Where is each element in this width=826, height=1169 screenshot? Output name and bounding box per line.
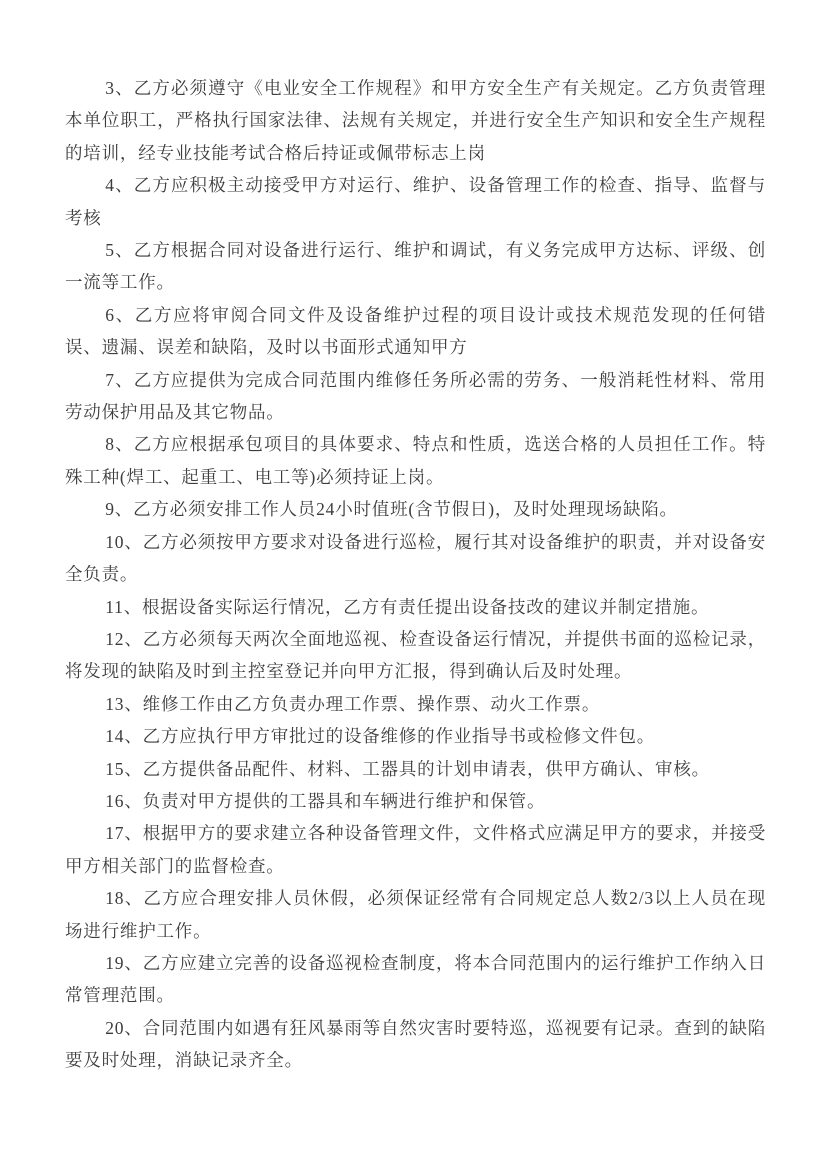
clause-paragraph-5: 5、乙方根据合同对设备进行运行、维护和调试，有义务完成甲方达标、评级、创一流等工…	[65, 234, 766, 299]
clause-paragraph-19: 19、乙方应建立完善的设备巡视检查制度，将本合同范围内的运行维护工作纳入日常管理…	[65, 947, 766, 1012]
clause-paragraph-14: 14、乙方应执行甲方审批过的设备维修的作业指导书或检修文件包。	[65, 720, 766, 752]
clause-paragraph-16: 16、负责对甲方提供的工器具和车辆进行维护和保管。	[65, 785, 766, 817]
clause-paragraph-8: 8、乙方应根据承包项目的具体要求、特点和性质，选送合格的人员担任工作。特殊工种(…	[65, 428, 766, 493]
clause-paragraph-13: 13、维修工作由乙方负责办理工作票、操作票、动火工作票。	[65, 688, 766, 720]
clause-paragraph-9: 9、乙方必须安排工作人员24小时值班(含节假日)，及时处理现场缺陷。	[65, 493, 766, 525]
clause-paragraph-17: 17、根据甲方的要求建立各种设备管理文件，文件格式应满足甲方的要求，并接受甲方相…	[65, 817, 766, 882]
clause-paragraph-6: 6、乙方应将审阅合同文件及设备维护过程的项目设计或技术规范发现的任何错误、遗漏、…	[65, 299, 766, 364]
clause-paragraph-18: 18、乙方应合理安排人员休假，必须保证经常有合同规定总人数2/3以上人员在现场进…	[65, 882, 766, 947]
document-page: 3、乙方必须遵守《电业安全工作规程》和甲方安全生产有关规定。乙方负责管理本单位职…	[0, 0, 826, 1169]
clause-paragraph-11: 11、根据设备实际运行情况，乙方有责任提出设备技改的建议并制定措施。	[65, 591, 766, 623]
clause-paragraph-3: 3、乙方必须遵守《电业安全工作规程》和甲方安全生产有关规定。乙方负责管理本单位职…	[65, 72, 766, 169]
clause-paragraph-4: 4、乙方应积极主动接受甲方对运行、维护、设备管理工作的检查、指导、监督与考核	[65, 169, 766, 234]
clause-paragraph-20: 20、合同范围内如遇有狂风暴雨等自然灾害时要特巡，巡视要有记录。查到的缺陷要及时…	[65, 1012, 766, 1077]
clause-paragraph-12: 12、乙方必须每天两次全面地巡视、检查设备运行情况，并提供书面的巡检记录，将发现…	[65, 623, 766, 688]
clause-paragraph-15: 15、乙方提供备品配件、材料、工器具的计划申请表，供甲方确认、审核。	[65, 753, 766, 785]
clause-paragraph-7: 7、乙方应提供为完成合同范围内维修任务所必需的劳务、一般消耗性材料、常用劳动保护…	[65, 364, 766, 429]
clause-paragraph-10: 10、乙方必须按甲方要求对设备进行巡检，履行其对设备维护的职责，并对设备安全负责…	[65, 526, 766, 591]
